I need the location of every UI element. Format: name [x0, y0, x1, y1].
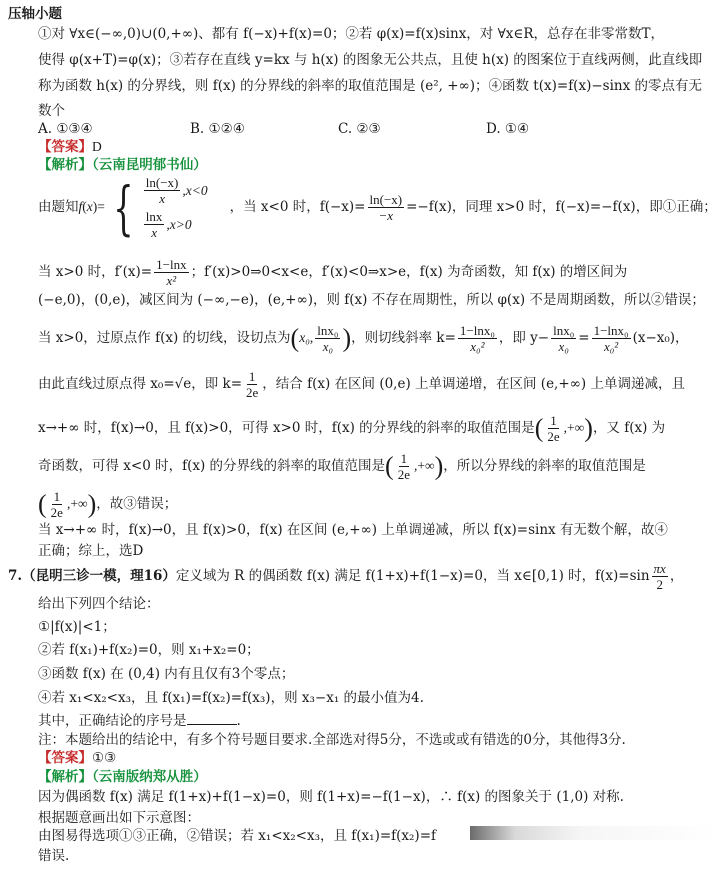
answer-value: ①③	[92, 750, 116, 766]
den: 2e	[49, 505, 65, 520]
solution-line-2: 当 x>0 时，f′(x)=1−lnxx²；f′(x)>0⇒0<x<e，f′(x…	[38, 256, 627, 288]
den: x₀²	[602, 339, 620, 354]
analysis-tag: 【解析】	[38, 769, 92, 785]
den: x₀²	[468, 339, 486, 354]
text: =−f(x)，同理 x>0 时，f(−x)=−f(x)，即①正确；	[406, 199, 717, 215]
q6-stem-line-4: 数个	[38, 101, 65, 121]
num: lnx	[144, 209, 165, 225]
den: −x	[377, 208, 396, 223]
question-number: 7.	[8, 568, 22, 584]
num: 1−lnx₀	[458, 323, 497, 339]
num: ln(−x)	[368, 192, 405, 208]
q7-answer: 【答案】①③	[38, 748, 116, 768]
text: ，	[670, 568, 684, 584]
answer-blank	[187, 710, 237, 725]
conclusion-1: ①|f(x)|<1；	[38, 617, 116, 637]
answer-value: D	[92, 139, 102, 154]
num: 1−lnx₀	[592, 323, 631, 339]
q7-solution-line-1: 因为偶函数 f(x) 满足 f(1+x)+f(1−x)=0，则 f(1+x)=−…	[38, 787, 624, 807]
solution-line-9: 当 x→+∞ 时，f(x)→0，且 f(x)>0，f(x) 在区间 (e,+∞)…	[38, 520, 668, 540]
q7-stem: 7.（昆明三诊一模，理16）定义域为 R 的偶函数 f(x) 满足 f(1+x)…	[8, 560, 683, 592]
conclusion-4: ④若 x₁<x₂<x₃，且 f(x₁)=f(x₂)=f(x₃)，则 x₃−x₁ …	[38, 688, 424, 708]
solution-line-3: (−e,0)，(0,e)，减区间为 (−∞,−e)，(e,+∞)，则 f(x) …	[38, 290, 705, 310]
den: 2e	[396, 467, 412, 482]
num: 1	[247, 369, 258, 385]
q7-solution-line-4: 错误.	[38, 846, 69, 866]
text: 当 x>0 时，f′(x)=	[38, 264, 152, 280]
solution-line-5: 由此直线过原点得 x₀=√e，即 k=12e，结合 f(x) 在区间 (0,e)…	[38, 368, 685, 400]
text: ，即 y−	[499, 330, 549, 346]
solution-line-8: (12e,+∞)，故③错误；	[38, 484, 177, 524]
den: 2	[654, 577, 665, 592]
text: ,+∞	[564, 420, 585, 435]
analysis-author: （云南版纳郑从胜）	[92, 769, 207, 785]
text: 由此直线过原点得 x₀=√e，即 k=	[38, 376, 242, 392]
den: x₀	[321, 339, 335, 354]
num: lnx₀	[551, 323, 576, 339]
den: x²	[165, 273, 179, 288]
den: 2e	[244, 385, 260, 400]
text: ；f′(x)>0⇒0<x<e，f′(x)<0⇒x>e，f(x) 为奇函数，知 f…	[191, 264, 628, 280]
q7-analysis-header: 【解析】（云南版纳郑从胜）	[38, 767, 207, 787]
solution-line-7: 奇函数，可得 x<0 时，f(x) 的分界线的斜率的取值范围是(12e,+∞)，…	[38, 446, 646, 486]
text: 其中，正确结论的序号是	[38, 713, 187, 729]
brace: {	[113, 179, 133, 237]
solution-line-1: 由题知f(x)={ ln(−x)x,x<0 lnxx,x>0 ，当 x<0 时，…	[38, 172, 717, 246]
question-source: （昆明三诊一模，理16）	[22, 568, 176, 584]
q7-solution-line-3: 由图易得选项①③正确，②错误；若 x₁<x₂<x₃，且 f(x₁)=f(x₂)=…	[38, 826, 436, 846]
text: ，则切线斜率 k=	[351, 330, 456, 346]
text: ，所以分界线的斜率的取值范围是	[443, 458, 646, 474]
answer-tag: 【答案】	[38, 139, 92, 155]
solution-line-10: 正确；综上，选D	[38, 541, 143, 561]
num: 1−lnx	[154, 257, 188, 273]
text: =	[578, 330, 589, 346]
text: 由题知	[38, 199, 79, 215]
den: 2e	[545, 429, 561, 444]
q6-stem-line-1: ①对 ∀x∈(−∞,0)∪(0,+∞)、都有 f(−x)+f(x)=0；②若 φ…	[38, 24, 664, 44]
option-c: C. ②③	[338, 119, 381, 139]
q6-answer: 【答案】D	[38, 137, 102, 157]
option-d: D. ①④	[486, 119, 529, 139]
analysis-tag: 【解析】	[38, 157, 92, 173]
solution-line-6: x→+∞ 时，f(x)→0，且 f(x)>0，可得 x>0 时，f(x) 的分界…	[38, 408, 665, 448]
q6-stem-line-3: 称为函数 h(x) 的分界线，则 f(x) 的分界线的斜率的取值范围是 (e²,…	[38, 76, 702, 96]
solution-line-4: 当 x>0，过原点作 f(x) 的切线，设切点为(x₀,lnx₀x₀)，则切线斜…	[38, 318, 689, 358]
q7-intro: 给出下列四个结论：	[38, 594, 160, 614]
text: ，又 f(x) 为	[593, 420, 665, 436]
num: 1	[399, 451, 410, 467]
num: lnx₀	[315, 323, 340, 339]
text: ，故③错误；	[96, 496, 177, 512]
num: 1	[52, 489, 63, 505]
text: 定义域为 R 的偶函数 f(x) 满足 f(1+x)+f(1−x)=0，当 x∈…	[176, 568, 650, 584]
piecewise: ln(−x)x,x<0 lnxx,x>0	[142, 174, 208, 242]
text: ,+∞	[67, 496, 88, 511]
den: x₀	[557, 339, 571, 354]
num: 1	[548, 413, 559, 429]
text: ，结合 f(x) 在区间 (0,e) 上单调递增，在区间 (e,+∞) 上单调递…	[262, 376, 685, 392]
cond: ,x>0	[166, 190, 191, 260]
text: ，当 x<0 时，f(−x)=	[230, 199, 366, 215]
conclusion-2: ②若 f(x₁)+f(x₂)=0，则 x₁+x₂=0；	[38, 640, 260, 660]
text: ,+∞	[414, 458, 435, 473]
text: x₀,	[299, 330, 313, 345]
q7-solution-line-2: 根据题意画出如下示意图：	[38, 808, 200, 828]
text: .	[237, 713, 241, 729]
q6-stem-line-2: 使得 φ(x+T)=φ(x)；③若存在直线 y=kx 与 h(x) 的图象无公共…	[38, 50, 702, 70]
num: πx	[652, 561, 668, 577]
text: 奇函数，可得 x<0 时，f(x) 的分界线的斜率的取值范围是	[38, 458, 385, 474]
text: (x−x₀)，	[633, 330, 689, 346]
option-b: B. ①②④	[190, 119, 245, 139]
answer-tag: 【答案】	[38, 750, 92, 766]
option-a: A. ①③④	[38, 119, 93, 139]
image-fade-overlay	[470, 826, 720, 840]
text: 当 x>0，过原点作 f(x) 的切线，设切点为	[38, 330, 291, 346]
den: x	[149, 225, 159, 240]
section-title: 压轴小题	[8, 4, 62, 24]
text: x→+∞ 时，f(x)→0，且 f(x)>0，可得 x>0 时，f(x) 的分界…	[38, 420, 535, 436]
q7-blank-line: 其中，正确结论的序号是.	[38, 710, 241, 731]
q7-note: 注：本题给出的结论中，有多个符号题目要求.全部选对得5分，不选或或有错选的0分，…	[38, 730, 626, 750]
conclusion-3: ③函数 f(x) 在 (0,4) 内有且仅有3个零点；	[38, 664, 294, 684]
